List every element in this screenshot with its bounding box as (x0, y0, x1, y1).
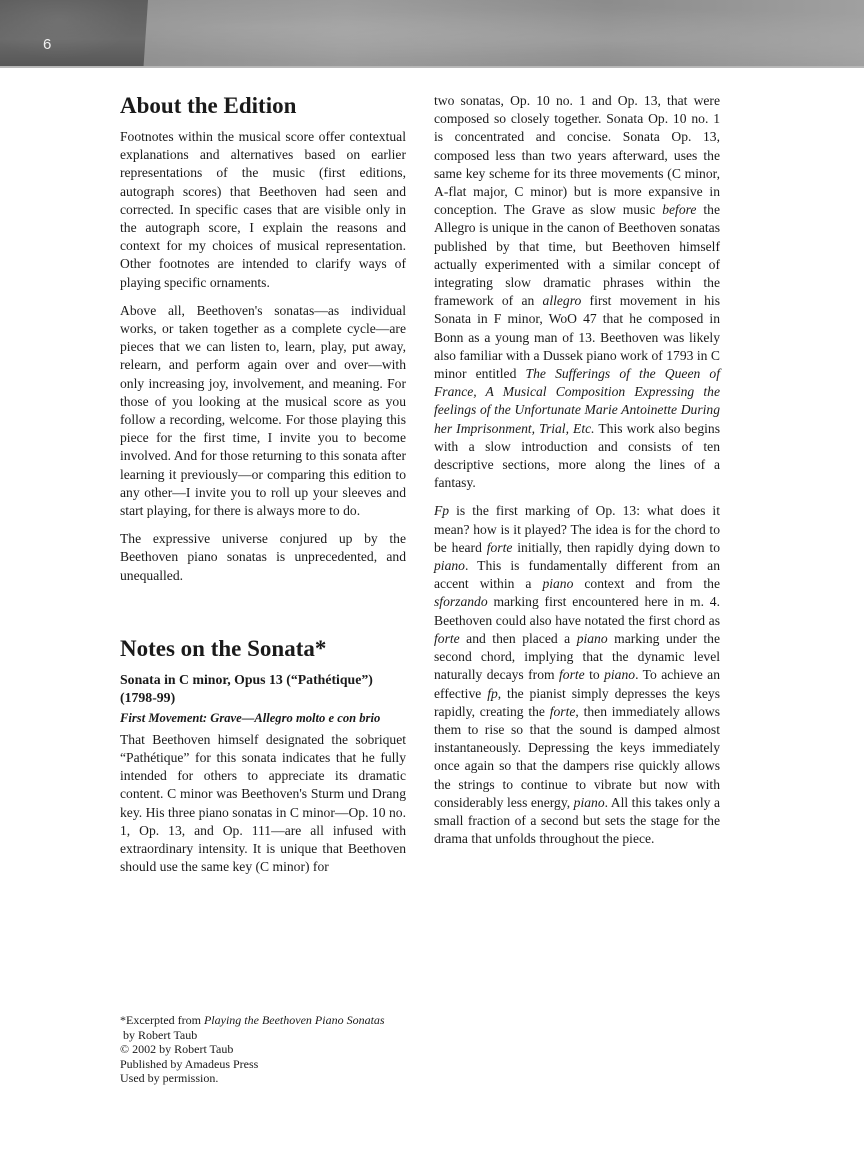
italic-run: piano (542, 576, 573, 591)
italic-run: piano (574, 795, 605, 810)
about-paragraph-1: Footnotes within the musical score offer… (120, 128, 406, 292)
text-run: context and from the (573, 576, 720, 591)
left-column: About the Edition Footnotes within the m… (120, 92, 406, 887)
about-paragraph-3: The expressive universe conjured up by t… (120, 530, 406, 585)
right-column: two sonatas, Op. 10 no. 1 and Op. 13, th… (434, 92, 720, 858)
notes-paragraph-1-start: That Beethoven himself designated the so… (120, 731, 406, 877)
italic-run: piano (434, 558, 465, 573)
text-run: *Excerpted from (120, 1013, 204, 1027)
italic-run: sforzando (434, 594, 488, 609)
text-run: two sonatas, Op. 10 no. 1 and Op. 13, th… (434, 93, 720, 217)
footnote-credits: *Excerpted from Playing the Beethoven Pi… (120, 1013, 385, 1086)
sonata-subtitle: Sonata in C minor, Opus 13 (“Pathétique”… (120, 671, 406, 707)
italic-run: Fp (434, 503, 449, 518)
footnote-line-5: Used by permission. (120, 1071, 385, 1086)
italic-run: before (662, 202, 696, 217)
text-run: initially, then rapidly dying down to (512, 540, 720, 555)
notes-paragraph-1-continued: two sonatas, Op. 10 no. 1 and Op. 13, th… (434, 92, 720, 492)
footnote-line-2: by Robert Taub (120, 1028, 385, 1043)
page-number: 6 (43, 36, 51, 53)
footnote-line-1: *Excerpted from Playing the Beethoven Pi… (120, 1013, 385, 1028)
notes-paragraph-2: Fp is the first marking of Op. 13: what … (434, 502, 720, 848)
header-divider (0, 66, 864, 68)
italic-run: forte (559, 667, 585, 682)
text-run: to (585, 667, 604, 682)
section-title-notes-on-sonata: Notes on the Sonata* (120, 635, 406, 663)
movement-heading: First Movement: Grave—Allegro molto e co… (120, 710, 406, 727)
header-banner-dark-panel (0, 0, 148, 66)
italic-run: piano (577, 631, 608, 646)
italic-run: forte (550, 704, 576, 719)
italic-run: forte (487, 540, 513, 555)
italic-run: piano (604, 667, 635, 682)
text-run: and then placed a (460, 631, 577, 646)
italic-run: forte (434, 631, 460, 646)
book-title: Playing the Beethoven Piano Sonatas (204, 1013, 385, 1027)
italic-run: allegro (543, 293, 582, 308)
footnote-line-3: © 2002 by Robert Taub (120, 1042, 385, 1057)
section-title-about-edition: About the Edition (120, 92, 406, 120)
italic-run: fp (487, 686, 498, 701)
about-paragraph-2: Above all, Beethoven's sonatas—as indivi… (120, 302, 406, 520)
footnote-line-4: Published by Amadeus Press (120, 1057, 385, 1072)
